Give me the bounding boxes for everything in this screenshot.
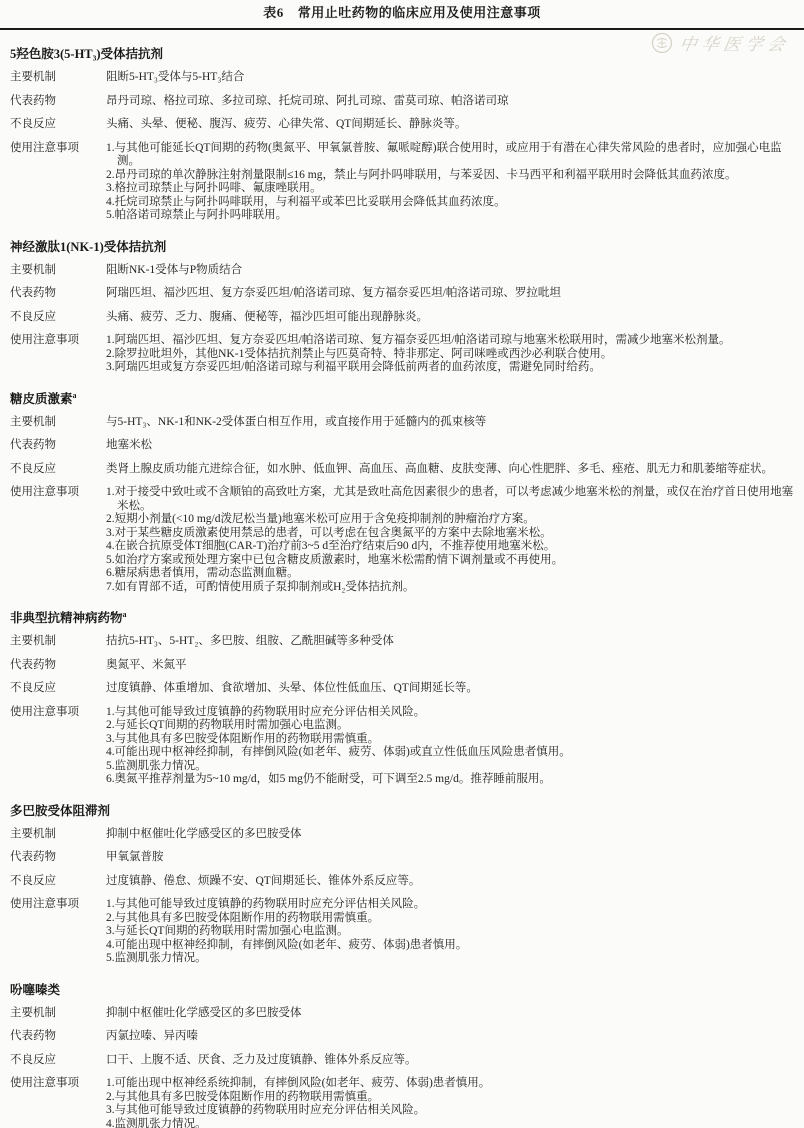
row-label: 不良反应	[10, 682, 106, 696]
content-line: 昂丹司琼、格拉司琼、多拉司琼、托烷司琼、阿扎司琼、雷莫司琼、帕洛诺司琼	[106, 95, 794, 109]
drug-class-heading: 糖皮质激素a	[10, 392, 794, 406]
content-line: 头痛、头晕、便秘、腹泻、疲劳、心律失常、QT间期延长、静脉炎等。	[106, 118, 794, 132]
row-content: 口干、上腹不适、厌食、乏力及过度镇静、锥体外系反应等。	[106, 1054, 794, 1068]
table-row: 代表药物 昂丹司琼、格拉司琼、多拉司琼、托烷司琼、阿扎司琼、雷莫司琼、帕洛诺司琼	[10, 95, 794, 109]
row-content: 抑制中枢催吐化学感受区的多巴胺受体	[106, 828, 794, 842]
content-line: 阻断5-HT₃受体与5-HT₃结合	[106, 71, 794, 85]
content-line: 1.与其他可能延长QT间期的药物(奥氮平、甲氧氯普胺、氟哌啶醇)联合使用时，或应…	[106, 142, 794, 169]
content-line: 2.与其他具有多巴胺受体阻断作用的药物联用需慎重。	[106, 912, 794, 926]
content-line: 与5-HT₃、NK-1和NK-2受体蛋白相互作用，或直接作用于延髓内的孤束核等	[106, 416, 794, 430]
drug-class-name: 多巴胺受体阻滞剂	[10, 804, 110, 818]
drug-class-section: 多巴胺受体阻滞剂 主要机制 抑制中枢催吐化学感受区的多巴胺受体 代表药物 甲氧氯…	[10, 804, 794, 966]
content-line: 抑制中枢催吐化学感受区的多巴胺受体	[106, 828, 794, 842]
row-content: 奥氮平、米氮平	[106, 659, 794, 673]
row-label: 不良反应	[10, 118, 106, 132]
row-label: 使用注意事项	[10, 706, 106, 787]
content-line: 4.在嵌合抗原受体T细胞(CAR-T)治疗前3~5 d至治疗结束后90 d内，不…	[106, 540, 794, 554]
content-line: 5.监测肌张力情况。	[106, 952, 794, 966]
content-line: 甲氧氯普胺	[106, 851, 794, 865]
row-label: 主要机制	[10, 264, 106, 278]
drug-class-heading: 吩噻嗪类	[10, 983, 794, 997]
section-rows: 主要机制 阻断NK-1受体与P物质结合 代表药物 阿瑞匹坦、福沙匹坦、复方奈妥匹…	[10, 264, 794, 375]
row-content: 1.对于接受中致吐或不含顺铂的高致吐方案，尤其是致吐高危因素很少的患者，可以考虑…	[106, 486, 794, 594]
row-label: 不良反应	[10, 1054, 106, 1068]
row-content: 与5-HT₃、NK-1和NK-2受体蛋白相互作用，或直接作用于延髓内的孤束核等	[106, 416, 794, 430]
table-row: 不良反应 头痛、疲劳、乏力、腹痛、便秘等，福沙匹坦可能出现静脉炎。	[10, 311, 794, 325]
row-content: 过度镇静、体重增加、食欲增加、头晕、体位性低血压、QT间期延长等。	[106, 682, 794, 696]
table-number-label: 表6	[263, 5, 284, 20]
row-label: 主要机制	[10, 828, 106, 842]
table-row: 代表药物 阿瑞匹坦、福沙匹坦、复方奈妥匹坦/帕洛诺司琼、复方福奈妥匹坦/帕洛诺司…	[10, 287, 794, 301]
content-line: 阿瑞匹坦、福沙匹坦、复方奈妥匹坦/帕洛诺司琼、复方福奈妥匹坦/帕洛诺司琼、罗拉吡…	[106, 287, 794, 301]
drug-class-name: 神经激肽1(NK-1)受体拮抗剂	[10, 240, 166, 254]
content-line: 拮抗5-HT₃、5-HT₂、多巴胺、组胺、乙酰胆碱等多种受体	[106, 635, 794, 649]
row-content: 阿瑞匹坦、福沙匹坦、复方奈妥匹坦/帕洛诺司琼、复方福奈妥匹坦/帕洛诺司琼、罗拉吡…	[106, 287, 794, 301]
table-caption: 表6常用止吐药物的临床应用及使用注意事项	[0, 0, 804, 21]
row-label: 使用注意事项	[10, 142, 106, 223]
table-row: 不良反应 类肾上腺皮质功能亢进综合征，如水肿、低血钾、高血压、高血糖、皮肤变薄、…	[10, 463, 794, 477]
row-content: 甲氧氯普胺	[106, 851, 794, 865]
content-line: 2.与延长QT间期的药物联用时需加强心电监测。	[106, 719, 794, 733]
content-line: 类肾上腺皮质功能亢进综合征，如水肿、低血钾、高血压、高血糖、皮肤变薄、向心性肥胖…	[106, 463, 794, 477]
content-line: 1.对于接受中致吐或不含顺铂的高致吐方案，尤其是致吐高危因素很少的患者，可以考虑…	[106, 486, 794, 513]
row-content: 头痛、头晕、便秘、腹泻、疲劳、心律失常、QT间期延长、静脉炎等。	[106, 118, 794, 132]
section-rows: 主要机制 阻断5-HT₃受体与5-HT₃结合 代表药物 昂丹司琼、格拉司琼、多拉…	[10, 71, 794, 223]
section-rows: 主要机制 与5-HT₃、NK-1和NK-2受体蛋白相互作用，或直接作用于延髓内的…	[10, 416, 794, 595]
row-label: 代表药物	[10, 95, 106, 109]
content-line: 3.与其他具有多巴胺受体阻断作用的药物联用需慎重。	[106, 733, 794, 747]
row-label: 使用注意事项	[10, 334, 106, 375]
table-row: 不良反应 头痛、头晕、便秘、腹泻、疲劳、心律失常、QT间期延长、静脉炎等。	[10, 118, 794, 132]
content-line: 3.对于某些糖皮质激素使用禁忌的患者，可以考虑在包含奥氮平的方案中去除地塞米松。	[106, 527, 794, 541]
content-line: 4.可能出现中枢神经抑制，有摔倒风险(如老年、疲劳、体弱)患者慎用。	[106, 939, 794, 953]
row-content: 阻断5-HT₃受体与5-HT₃结合	[106, 71, 794, 85]
footnote-marker: a	[123, 610, 127, 619]
content-line: 1.可能出现中枢神经系统抑制，有摔倒风险(如老年、疲劳、体弱)患者慎用。	[106, 1077, 794, 1091]
content-line: 1.与其他可能导致过度镇静的药物联用时应充分评估相关风险。	[106, 706, 794, 720]
content-line: 3.与延长QT间期的药物联用时需加强心电监测。	[106, 925, 794, 939]
content-line: 2.昂丹司琼的单次静脉注射剂量限制≤16 mg，禁止与阿扑吗啡联用，与苯妥因、卡…	[106, 169, 794, 183]
drug-class-heading: 多巴胺受体阻滞剂	[10, 804, 794, 818]
row-content: 头痛、疲劳、乏力、腹痛、便秘等，福沙匹坦可能出现静脉炎。	[106, 311, 794, 325]
row-content: 丙氯拉嗪、异丙嗪	[106, 1030, 794, 1044]
table-row: 主要机制 阻断NK-1受体与P物质结合	[10, 264, 794, 278]
table-row: 代表药物 丙氯拉嗪、异丙嗪	[10, 1030, 794, 1044]
content-line: 4.监测肌张力情况。	[106, 1118, 794, 1128]
content-line: 7.如有胃部不适，可酌情使用质子泵抑制剂或H₂受体拮抗剂。	[106, 581, 794, 595]
row-content: 类肾上腺皮质功能亢进综合征，如水肿、低血钾、高血压、高血糖、皮肤变薄、向心性肥胖…	[106, 463, 794, 477]
row-label: 代表药物	[10, 287, 106, 301]
table-top-rule	[0, 28, 804, 30]
content-line: 3.格拉司琼禁止与阿扑吗啡、氟康唑联用。	[106, 182, 794, 196]
table-row: 使用注意事项 1.对于接受中致吐或不含顺铂的高致吐方案，尤其是致吐高危因素很少的…	[10, 486, 794, 594]
row-content: 1.与其他可能导致过度镇静的药物联用时应充分评估相关风险。2.与延长QT间期的药…	[106, 706, 794, 787]
drug-class-section: 非典型抗精神病药物a 主要机制 拮抗5-HT₃、5-HT₂、多巴胺、组胺、乙酰胆…	[10, 611, 794, 787]
table-row: 主要机制 阻断5-HT₃受体与5-HT₃结合	[10, 71, 794, 85]
row-label: 主要机制	[10, 416, 106, 430]
table-row: 主要机制 拮抗5-HT₃、5-HT₂、多巴胺、组胺、乙酰胆碱等多种受体	[10, 635, 794, 649]
content-line: 丙氯拉嗪、异丙嗪	[106, 1030, 794, 1044]
row-content: 拮抗5-HT₃、5-HT₂、多巴胺、组胺、乙酰胆碱等多种受体	[106, 635, 794, 649]
content-line: 1.阿瑞匹坦、福沙匹坦、复方奈妥匹坦/帕洛诺司琼、复方福奈妥匹坦/帕洛诺司琼与地…	[106, 334, 794, 348]
row-label: 代表药物	[10, 659, 106, 673]
row-label: 不良反应	[10, 311, 106, 325]
table-row: 代表药物 奥氮平、米氮平	[10, 659, 794, 673]
table-row: 不良反应 过度镇静、倦怠、烦躁不安、QT间期延长、锥体外系反应等。	[10, 875, 794, 889]
table-row: 代表药物 甲氧氯普胺	[10, 851, 794, 865]
row-label: 代表药物	[10, 1030, 106, 1044]
drug-class-name: 非典型抗精神病药物	[10, 611, 123, 625]
content-line: 口干、上腹不适、厌食、乏力及过度镇静、锥体外系反应等。	[106, 1054, 794, 1068]
row-content: 过度镇静、倦怠、烦躁不安、QT间期延长、锥体外系反应等。	[106, 875, 794, 889]
row-content: 1.与其他可能延长QT间期的药物(奥氮平、甲氧氯普胺、氟哌啶醇)联合使用时，或应…	[106, 142, 794, 223]
table-row: 不良反应 过度镇静、体重增加、食欲增加、头晕、体位性低血压、QT间期延长等。	[10, 682, 794, 696]
table-row: 使用注意事项 1.与其他可能导致过度镇静的药物联用时应充分评估相关风险。2.与其…	[10, 898, 794, 966]
row-label: 不良反应	[10, 875, 106, 889]
table-row: 不良反应 口干、上腹不适、厌食、乏力及过度镇静、锥体外系反应等。	[10, 1054, 794, 1068]
content-line: 4.可能出现中枢神经抑制，有摔倒风险(如老年、疲劳、体弱)或直立性低血压风险患者…	[106, 746, 794, 760]
content-line: 5.监测肌张力情况。	[106, 760, 794, 774]
table-row: 使用注意事项 1.与其他可能导致过度镇静的药物联用时应充分评估相关风险。2.与延…	[10, 706, 794, 787]
content-line: 过度镇静、体重增加、食欲增加、头晕、体位性低血压、QT间期延长等。	[106, 682, 794, 696]
content-line: 2.除罗拉吡坦外，其他NK-1受体拮抗剂禁止与匹莫奇特、特非那定、阿司咪唑或西沙…	[106, 348, 794, 362]
row-content: 地塞米松	[106, 439, 794, 453]
table-row: 使用注意事项 1.阿瑞匹坦、福沙匹坦、复方奈妥匹坦/帕洛诺司琼、复方福奈妥匹坦/…	[10, 334, 794, 375]
row-content: 1.与其他可能导致过度镇静的药物联用时应充分评估相关风险。2.与其他具有多巴胺受…	[106, 898, 794, 966]
content-line: 1.与其他可能导致过度镇静的药物联用时应充分评估相关风险。	[106, 898, 794, 912]
row-label: 主要机制	[10, 1007, 106, 1021]
table-title: 常用止吐药物的临床应用及使用注意事项	[298, 5, 541, 20]
row-content: 1.阿瑞匹坦、福沙匹坦、复方奈妥匹坦/帕洛诺司琼、复方福奈妥匹坦/帕洛诺司琼与地…	[106, 334, 794, 375]
content-line: 阻断NK-1受体与P物质结合	[106, 264, 794, 278]
row-label: 使用注意事项	[10, 1077, 106, 1128]
content-line: 3.阿瑞匹坦或复方奈妥匹坦/帕洛诺司琼与利福平联用会降低前两者的血药浓度，需避免…	[106, 361, 794, 375]
content-line: 5.如治疗方案或预处理方案中已包含糖皮质激素时，地塞米松需酌情下调剂量或不再使用…	[106, 554, 794, 568]
content-line: 奥氮平、米氮平	[106, 659, 794, 673]
content-line: 2.与其他具有多巴胺受体阻断作用的药物联用需慎重。	[106, 1091, 794, 1105]
content-line: 6.糖尿病患者慎用，需动态监测血糖。	[106, 567, 794, 581]
row-label: 代表药物	[10, 439, 106, 453]
row-label: 主要机制	[10, 71, 106, 85]
content-line: 地塞米松	[106, 439, 794, 453]
table-row: 使用注意事项 1.可能出现中枢神经系统抑制，有摔倒风险(如老年、疲劳、体弱)患者…	[10, 1077, 794, 1128]
section-rows: 主要机制 抑制中枢催吐化学感受区的多巴胺受体 代表药物 丙氯拉嗪、异丙嗪 不良反…	[10, 1007, 794, 1128]
content-line: 3.与其他可能导致过度镇静的药物联用时应充分评估相关风险。	[106, 1104, 794, 1118]
drug-class-heading: 5羟色胺3(5-HT₃)受体拮抗剂	[10, 47, 794, 61]
footnote-marker: a	[73, 390, 77, 399]
content-line: 5.帕洛诺司琼禁止与阿扑吗啡联用。	[106, 209, 794, 223]
table-row: 代表药物 地塞米松	[10, 439, 794, 453]
row-content: 昂丹司琼、格拉司琼、多拉司琼、托烷司琼、阿扎司琼、雷莫司琼、帕洛诺司琼	[106, 95, 794, 109]
drug-class-name: 吩噻嗪类	[10, 983, 60, 997]
content-line: 过度镇静、倦怠、烦躁不安、QT间期延长、锥体外系反应等。	[106, 875, 794, 889]
row-content: 抑制中枢催吐化学感受区的多巴胺受体	[106, 1007, 794, 1021]
drug-class-name: 5羟色胺3(5-HT₃)受体拮抗剂	[10, 47, 163, 61]
table-row: 主要机制 抑制中枢催吐化学感受区的多巴胺受体	[10, 828, 794, 842]
table-row: 使用注意事项 1.与其他可能延长QT间期的药物(奥氮平、甲氧氯普胺、氟哌啶醇)联…	[10, 142, 794, 223]
row-label: 代表药物	[10, 851, 106, 865]
content-line: 4.托烷司琼禁止与阿扑吗啡联用，与利福平或苯巴比妥联用会降低其血药浓度。	[106, 196, 794, 210]
drug-class-heading: 非典型抗精神病药物a	[10, 611, 794, 625]
section-rows: 主要机制 抑制中枢催吐化学感受区的多巴胺受体 代表药物 甲氧氯普胺 不良反应 过…	[10, 828, 794, 966]
row-label: 使用注意事项	[10, 486, 106, 594]
table-body: 5羟色胺3(5-HT₃)受体拮抗剂 主要机制 阻断5-HT₃受体与5-HT₃结合…	[0, 47, 804, 1128]
row-label: 使用注意事项	[10, 898, 106, 966]
content-line: 抑制中枢催吐化学感受区的多巴胺受体	[106, 1007, 794, 1021]
content-line: 2.短期小剂量(<10 mg/d泼尼松当量)地塞米松可应用于含免疫抑制剂的肿瘤治…	[106, 513, 794, 527]
row-content: 阻断NK-1受体与P物质结合	[106, 264, 794, 278]
drug-class-section: 吩噻嗪类 主要机制 抑制中枢催吐化学感受区的多巴胺受体 代表药物 丙氯拉嗪、异丙…	[10, 983, 794, 1128]
content-line: 头痛、疲劳、乏力、腹痛、便秘等，福沙匹坦可能出现静脉炎。	[106, 311, 794, 325]
row-label: 主要机制	[10, 635, 106, 649]
row-content: 1.可能出现中枢神经系统抑制，有摔倒风险(如老年、疲劳、体弱)患者慎用。2.与其…	[106, 1077, 794, 1128]
drug-class-name: 糖皮质激素	[10, 392, 73, 406]
table-row: 主要机制 与5-HT₃、NK-1和NK-2受体蛋白相互作用，或直接作用于延髓内的…	[10, 416, 794, 430]
drug-class-section: 糖皮质激素a 主要机制 与5-HT₃、NK-1和NK-2受体蛋白相互作用，或直接…	[10, 392, 794, 595]
document-page: 表6常用止吐药物的临床应用及使用注意事项 中华医学会 5羟色胺3(5-HT₃)受…	[0, 0, 804, 1128]
drug-class-section: 神经激肽1(NK-1)受体拮抗剂 主要机制 阻断NK-1受体与P物质结合 代表药…	[10, 240, 794, 375]
content-line: 6.奥氮平推荐剂量为5~10 mg/d，如5 mg仍不能耐受，可下调至2.5 m…	[106, 773, 794, 787]
drug-class-section: 5羟色胺3(5-HT₃)受体拮抗剂 主要机制 阻断5-HT₃受体与5-HT₃结合…	[10, 47, 794, 223]
row-label: 不良反应	[10, 463, 106, 477]
section-rows: 主要机制 拮抗5-HT₃、5-HT₂、多巴胺、组胺、乙酰胆碱等多种受体 代表药物…	[10, 635, 794, 787]
table-row: 主要机制 抑制中枢催吐化学感受区的多巴胺受体	[10, 1007, 794, 1021]
drug-class-heading: 神经激肽1(NK-1)受体拮抗剂	[10, 240, 794, 254]
